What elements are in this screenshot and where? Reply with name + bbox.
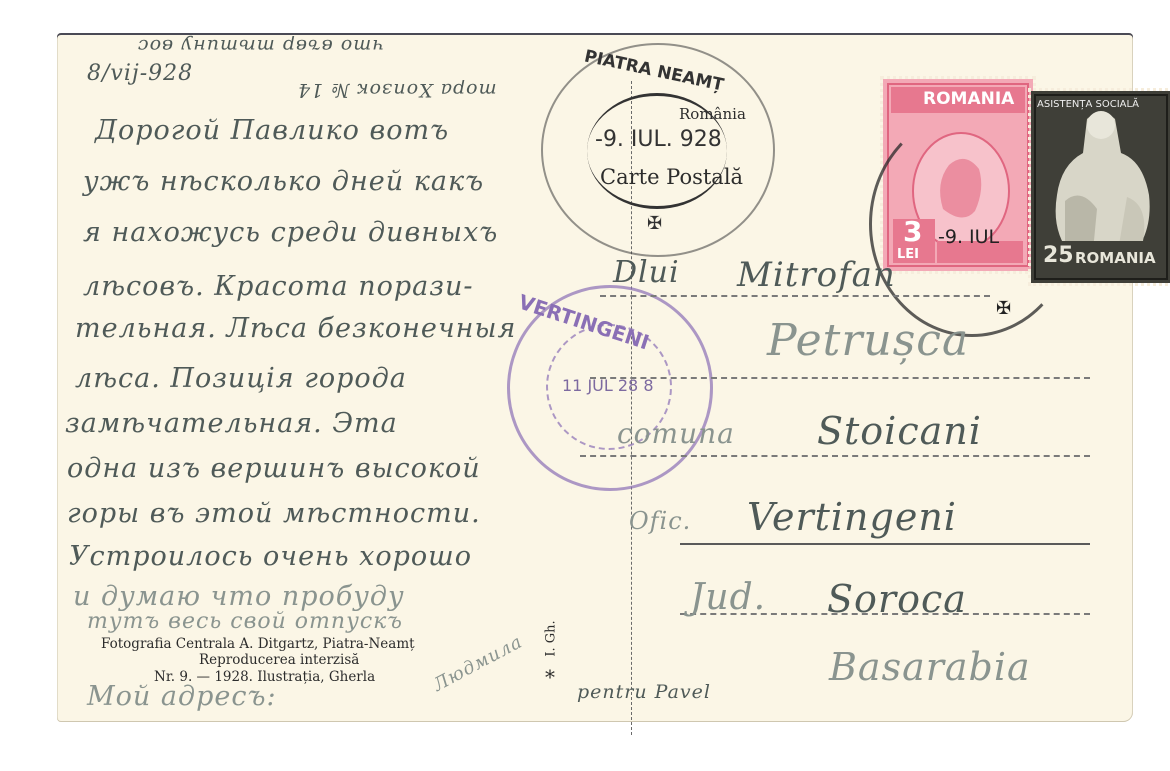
- address-line-2: [590, 377, 1090, 379]
- margin-note-signature: Людмила: [430, 631, 526, 696]
- address-line-3: [580, 455, 1090, 457]
- stamp-country: ROMANIA: [923, 89, 1014, 109]
- county-name: Soroca: [827, 577, 967, 621]
- message-line: Дорогой Павлико вотъ: [95, 115, 449, 146]
- imprint-line-2: Reproducerea interzisă: [199, 652, 359, 668]
- message-line: лѣсовъ. Красота порази-: [83, 271, 473, 302]
- message-date: 8/vij-928: [87, 61, 193, 86]
- office-label: Ofic.: [629, 507, 691, 535]
- upside-down-note-second: тора Хопзок № 14: [297, 79, 497, 101]
- message-line: тельная. Лѣса безконечныя: [75, 313, 516, 344]
- office-name: Vertingeni: [747, 495, 957, 539]
- message-closing: Мой адресъ:: [87, 681, 277, 712]
- message-line: я нахожусь среди дивныхъ: [83, 217, 498, 248]
- upside-down-note-top: что въвр тѣтину вос: [137, 35, 384, 57]
- address-line-4: [680, 543, 1090, 545]
- imprint-side-mark: I. Gh.: [544, 620, 559, 656]
- message-line: Устроилось очень хорошо: [69, 541, 472, 572]
- message-line: тутъ весь свой отпускъ: [87, 609, 403, 634]
- message-line: лѣса. Позиція города: [75, 363, 407, 394]
- address-line-1: [600, 295, 990, 297]
- message-line: горы въ этой мѣстности.: [67, 498, 481, 529]
- region-name: Basarabia: [829, 645, 1031, 689]
- postcard: 8/vij-928 что въвр тѣтину вос тора Хопзо…: [57, 33, 1133, 722]
- postmark-ornament: ✠: [647, 213, 662, 234]
- postmark-date: -9. IUL. 928: [595, 127, 722, 152]
- recipient-last-name: Petrușca: [767, 315, 969, 366]
- imprint-line-1: Fotografia Centrala A. Ditgartz, Piatra-…: [101, 636, 415, 652]
- message-line: замѣчательная. Эта: [65, 408, 398, 439]
- postmark-piatra-neamt-2: -9. IUL ✠: [869, 111, 1075, 337]
- postmark-date: -9. IUL: [938, 226, 999, 248]
- county-label: Jud.: [690, 577, 766, 618]
- message-line: ужъ нѣсколько дней какъ: [83, 166, 484, 197]
- postmark-ornament: ✠: [996, 298, 1011, 319]
- commune-name: Stoicani: [817, 409, 982, 453]
- recipient-title: Dlui: [613, 255, 680, 290]
- message-line: одна изъ вершинъ высокой: [67, 453, 481, 484]
- postmark-piatra-neamt: PIATRA NEAMȚ -9. IUL. 928 ✠: [541, 43, 775, 257]
- address-note: pentru Pavel: [577, 681, 711, 703]
- imprint-line-3: Nr. 9. — 1928. Ilustrația, Gherla: [154, 669, 375, 685]
- postmark-vertingeni: VERTINGENI 11 JUL 28 8: [507, 285, 713, 491]
- imprint-asterisk: *: [545, 665, 555, 689]
- stamp-country: ROMANIA: [1075, 249, 1156, 267]
- postmark-place: PIATRA NEAMȚ: [582, 46, 725, 95]
- commune-label: comuna: [617, 417, 735, 450]
- stamp-top-text: ASISTENȚA SOCIALĂ: [1037, 99, 1139, 110]
- recipient-first-name: Mitrofan: [737, 255, 896, 295]
- message-line: и думаю что пробуду: [73, 581, 405, 612]
